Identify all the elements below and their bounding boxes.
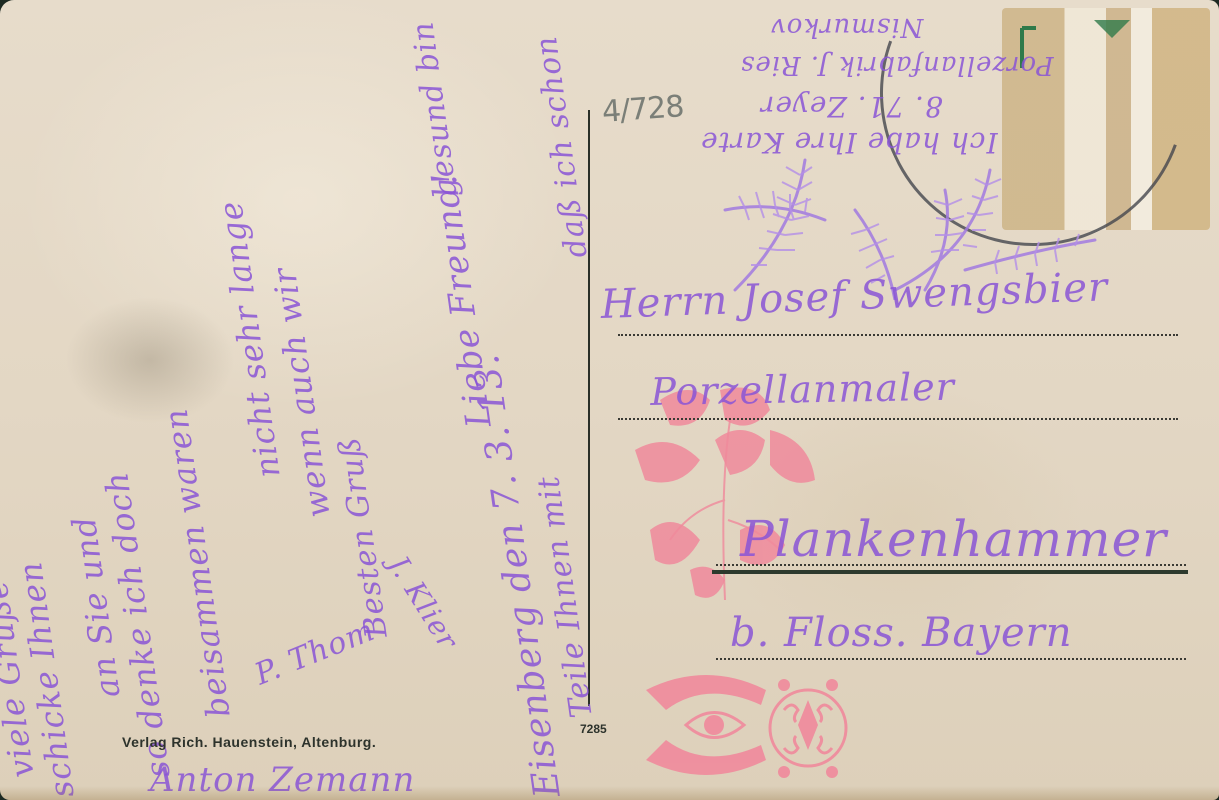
postcard-back: 4/728 bbox=[0, 0, 1219, 800]
pink-floral-ornament bbox=[630, 380, 830, 610]
signature-thom: P. Thom bbox=[250, 613, 380, 693]
address-line-4 bbox=[716, 658, 1186, 660]
message-line: gesund bin bbox=[405, 19, 464, 200]
plate-number: 7285 bbox=[580, 722, 607, 736]
signature-zemann: Anton Zemann bbox=[150, 760, 415, 800]
address-recipient: Herrn Josef Swengsbier bbox=[600, 264, 1109, 328]
pink-eye-ornament bbox=[636, 660, 856, 790]
address-occupation: Porzellanmaler bbox=[650, 365, 955, 414]
publisher-imprint: Verlag Rich. Hauenstein, Altenburg. bbox=[122, 734, 376, 750]
address-region: b. Floss. Bayern bbox=[730, 610, 1073, 656]
upside-down-note-1: Ich habe Ihre Karte bbox=[700, 126, 998, 159]
message-line: Liebe Freund! bbox=[424, 168, 500, 430]
address-line-1 bbox=[618, 334, 1178, 336]
message-line: Besten Gruß bbox=[332, 435, 395, 640]
address-town: Plankenhammer bbox=[740, 510, 1167, 568]
upside-down-note-2: 8. 71. Zeyer bbox=[760, 90, 943, 123]
message-line: daß ich schon bbox=[529, 33, 595, 260]
address-line-2 bbox=[618, 418, 1178, 420]
signature-klier: J. Klier bbox=[382, 550, 465, 655]
address-underline bbox=[712, 570, 1188, 574]
message-line: beisammen waren bbox=[157, 406, 238, 720]
upside-down-note-3: Porzellanfabrik J. Ries bbox=[740, 50, 1054, 80]
upside-down-note-4: Nismurkov bbox=[770, 12, 923, 42]
message-address-divider bbox=[588, 110, 590, 706]
archive-number: 4/728 bbox=[601, 89, 685, 130]
